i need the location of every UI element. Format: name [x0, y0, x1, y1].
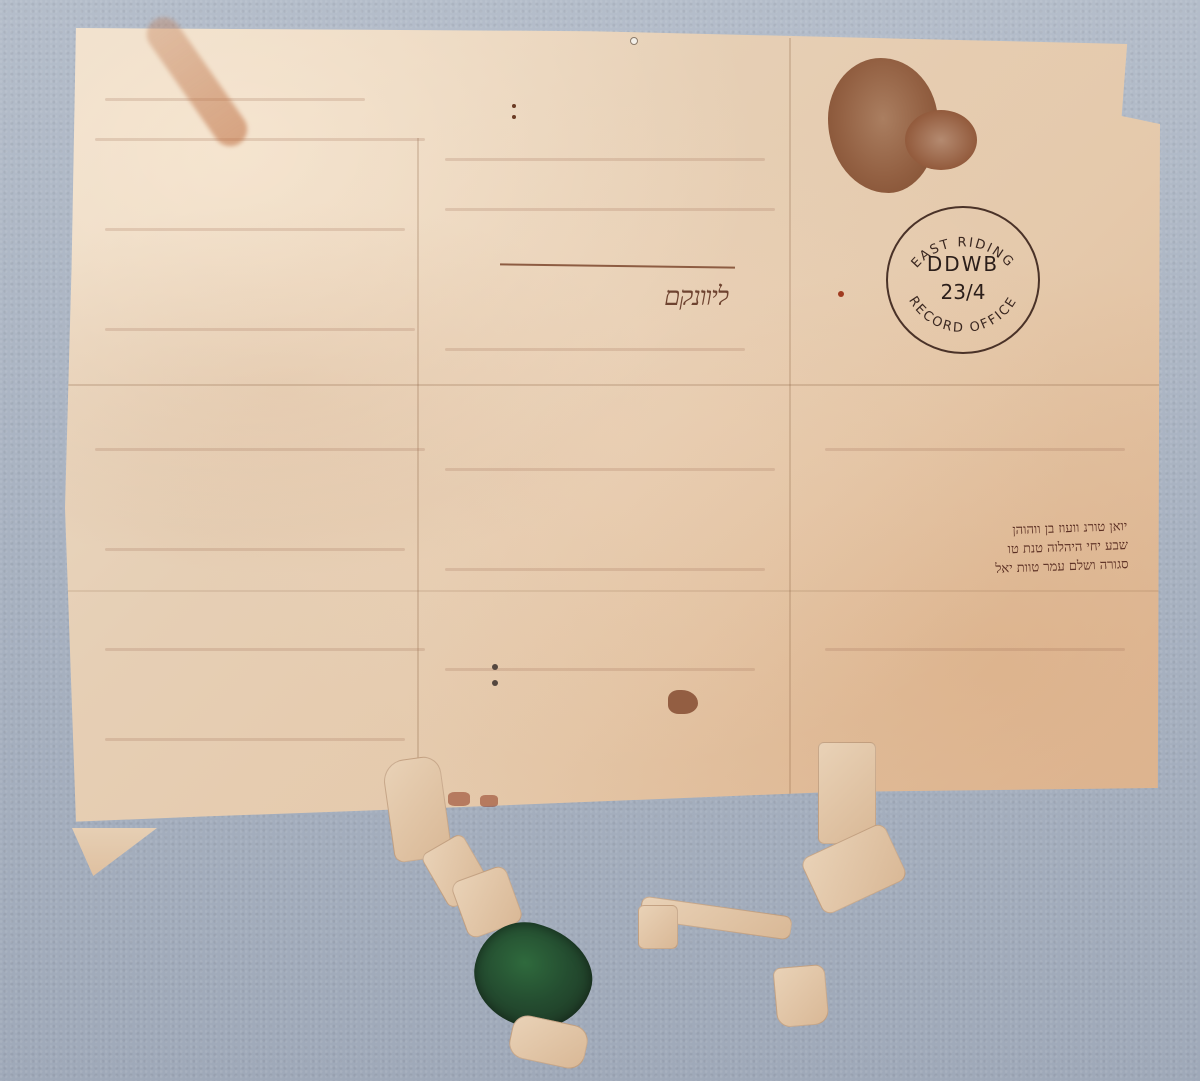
parchment-sheet: [65, 28, 1160, 828]
hole: [492, 664, 498, 670]
hole: [630, 37, 638, 45]
stain-spot: [480, 795, 498, 807]
record-office-stamp: EAST RIDING RECORD OFFICE DDWB 23/4: [886, 206, 1040, 354]
ink-dot: [512, 115, 516, 119]
fold-line: [65, 590, 1160, 592]
fold-line: [789, 38, 791, 798]
hebrew-endorsement: יואן טורנ וועוז בן ווהוהן שבע יחי היהלוה…: [847, 517, 1129, 584]
stamp-reference-number: 23/4: [888, 280, 1038, 304]
stain-spot: [448, 792, 470, 806]
stain-spot: [668, 690, 698, 714]
signature: ליוונקם: [468, 282, 728, 312]
fold-line: [65, 384, 1160, 386]
hole: [492, 680, 498, 686]
parchment-tongue-corner: [72, 828, 157, 876]
fold-line: [417, 138, 419, 818]
seal-tag-right-fold: [799, 821, 909, 916]
stamp-reference-code: DDWB: [888, 252, 1038, 276]
ink-dot: [512, 104, 516, 108]
seal-tag-left-end: [506, 1012, 590, 1071]
ink-dot: [838, 291, 844, 297]
seal-tag-right-end: [638, 905, 678, 949]
ink-stain: [905, 110, 977, 170]
seal-tag-right-end: [772, 964, 829, 1028]
photo-stage: EAST RIDING RECORD OFFICE DDWB 23/4 ליוו…: [0, 0, 1200, 1081]
